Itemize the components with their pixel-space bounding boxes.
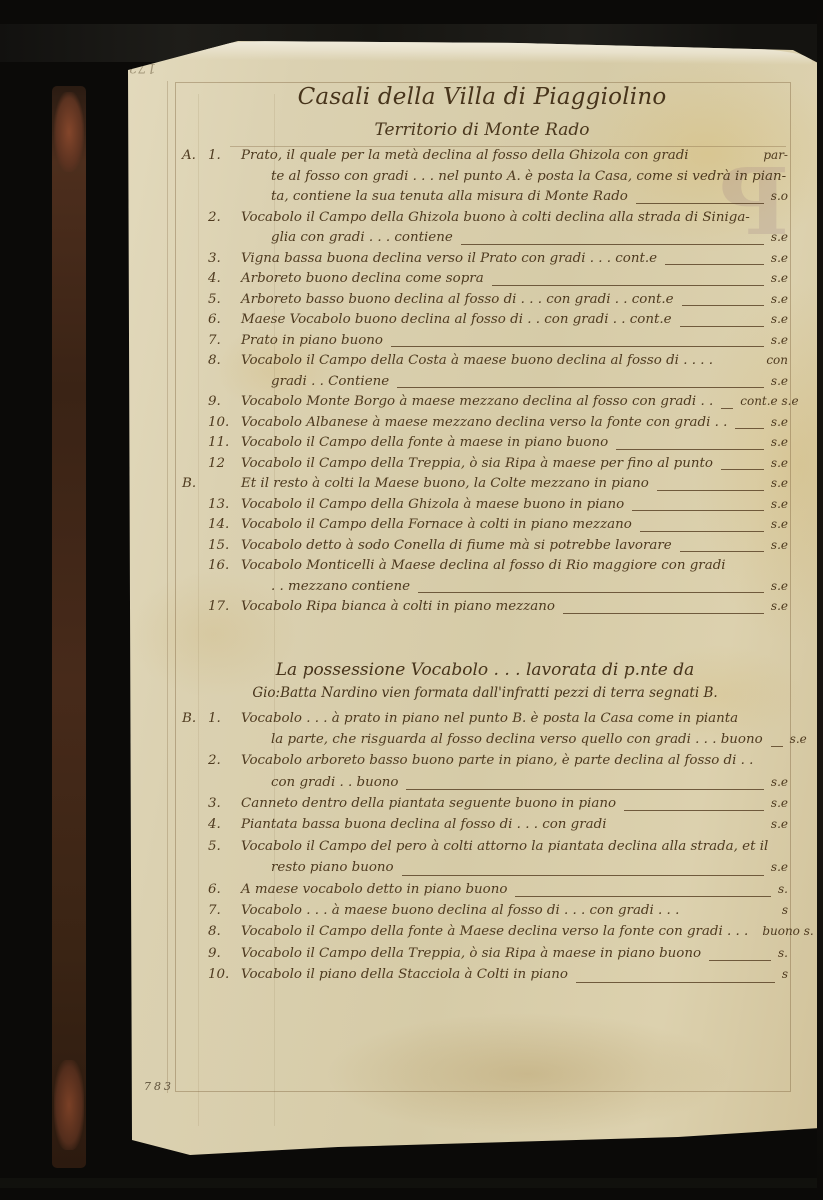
entry-body: Vocabolo il Campo del pero à colti attor… — [241, 839, 788, 882]
entry-amount: s.e — [769, 497, 788, 511]
entry-body: Arboreto buono declina come sopras.e — [241, 271, 788, 292]
entries-content: A.1.Prato, il quale per la metà declina … — [182, 148, 788, 989]
entry-amount: s — [780, 903, 788, 917]
entry-text: . . mezzano contiene — [271, 579, 410, 594]
ink-rule-line — [680, 551, 764, 552]
ink-rule-line — [616, 449, 764, 450]
entry-amount: s.o — [769, 189, 788, 203]
entry-text: Vigna bassa buona declina verso il Prato… — [241, 251, 657, 266]
entry-number: 11. — [208, 435, 241, 450]
entry-amount: s.e — [769, 374, 788, 388]
ink-rule-line — [402, 875, 764, 876]
entry-row: 6.A maese vocabolo detto in piano buonos… — [182, 882, 788, 903]
entry-line: Vocabolo . . . à prato in piano nel punt… — [241, 711, 788, 732]
entry-row: 14.Vocabolo il Campo della Fornace à col… — [182, 517, 788, 538]
entry-number: 9. — [208, 946, 241, 961]
entry-line: Vigna bassa buona declina verso il Prato… — [241, 251, 788, 272]
entry-row: 10.Vocabolo Albanese à maese mezzano dec… — [182, 415, 788, 436]
ink-rule-line — [563, 613, 764, 614]
entry-line: resto piano buonos.e — [241, 860, 788, 881]
entry-line: glia con gradi . . . contienes.e — [241, 230, 788, 251]
entry-text: Maese Vocabolo buono declina al fosso di… — [241, 312, 672, 327]
entry-amount: s.e — [769, 599, 788, 613]
entry-body: Vocabolo . . . à maese buono declina al … — [241, 903, 788, 924]
entry-line: la parte, che risguarda al fosso declina… — [241, 732, 788, 753]
entry-text: Arboreto buono declina come sopra — [241, 271, 484, 286]
entry-row: 6.Maese Vocabolo buono declina al fosso … — [182, 312, 788, 333]
photo-edge-shadow — [817, 0, 823, 1200]
entry-amount: buono s. — [760, 924, 813, 938]
entry-number: 10. — [208, 967, 241, 982]
folio-number: 783 — [144, 1080, 174, 1093]
entry-line: Prato in piano buonos.e — [241, 333, 788, 354]
entry-amount: s.e — [788, 732, 807, 746]
entry-amount: s.e — [769, 860, 788, 874]
entry-line: Vocabolo il Campo della Treppia, ò sia R… — [241, 946, 788, 967]
entry-row: 9.Vocabolo il Campo della Treppia, ò sia… — [182, 946, 788, 967]
entry-row: 16.Vocabolo Monticelli à Maese declina a… — [182, 558, 788, 599]
entry-body: Canneto dentro della piantata seguente b… — [241, 796, 788, 817]
stacked-page-edges — [77, 90, 135, 1162]
entry-row: 5.Vocabolo il Campo del pero à colti att… — [182, 839, 788, 882]
entry-line: Vocabolo il Campo della Fornace à colti … — [241, 517, 788, 538]
ink-rule-line — [640, 531, 764, 532]
entry-body: Vocabolo Monticelli à Maese declina al f… — [241, 558, 788, 599]
page-subtitle: Territorio di Monte Rado — [175, 120, 789, 140]
entry-line: Prato, il quale per la metà declina al f… — [241, 148, 788, 169]
entry-text: Vocabolo il Campo della Ghizola à maese … — [241, 497, 624, 512]
entry-row: 4.Piantata bassa buona declina al fosso … — [182, 817, 788, 838]
entry-amount: s. — [776, 946, 788, 960]
entry-text: Arboreto basso buono declina al fosso di… — [241, 292, 674, 307]
entry-amount: s.e — [769, 435, 788, 449]
entry-amount: s.e — [769, 817, 788, 831]
entry-text: Vocabolo il Campo della Treppia, ò sia R… — [241, 456, 713, 471]
entry-text: Vocabolo arboreto basso buono parte in p… — [241, 753, 753, 768]
entry-body: Vocabolo il Campo della Ghizola buono à … — [241, 210, 788, 251]
entry-text: Vocabolo . . . à maese buono declina al … — [241, 903, 679, 918]
entry-row: 10.Vocabolo il piano della Stacciola à C… — [182, 967, 788, 988]
entry-text: Vocabolo detto à sodo Conella di fiume m… — [241, 538, 672, 553]
ink-rule-line — [735, 428, 764, 429]
entry-body: Vocabolo il Campo della Fornace à colti … — [241, 517, 788, 538]
entry-number: 7. — [208, 903, 241, 918]
entry-number: 5. — [208, 839, 241, 854]
entry-text: gradi . . Contiene — [271, 374, 389, 389]
entry-amount: s. — [776, 882, 788, 896]
entry-section-letter: A. — [182, 148, 208, 163]
entry-line: Arboreto basso buono declina al fosso di… — [241, 292, 788, 313]
entry-row: 8.Vocabolo il Campo della Costa à maese … — [182, 353, 788, 394]
entry-amount: s.e — [769, 775, 788, 789]
entry-text: A maese vocabolo detto in piano buono — [241, 882, 507, 897]
entry-line: Piantata bassa buona declina al fosso di… — [241, 817, 788, 838]
entry-text: Vocabolo il Campo della Fornace à colti … — [241, 517, 632, 532]
entry-row: 17.Vocabolo Ripa bianca à colti in piano… — [182, 599, 788, 620]
ink-rule-line — [397, 387, 764, 388]
entry-body: Et il resto à colti la Maese buono, la C… — [241, 476, 788, 497]
entry-line: Vocabolo Albanese à maese mezzano declin… — [241, 415, 788, 436]
ink-rule-line — [418, 592, 764, 593]
entry-text: resto piano buono — [271, 860, 394, 875]
ink-rule-line — [576, 982, 775, 983]
entry-text: Vocabolo il Campo del pero à colti attor… — [241, 839, 768, 854]
entry-line: ta, contiene la sua tenuta alla misura d… — [241, 189, 788, 210]
entry-amount: s.e — [769, 517, 788, 531]
entry-body: Vocabolo Monte Borgo à maese mezzano dec… — [241, 394, 788, 415]
entry-text: Et il resto à colti la Maese buono, la C… — [241, 476, 649, 491]
entry-number: 3. — [208, 796, 241, 811]
entry-row: 3.Vigna bassa buona declina verso il Pra… — [182, 251, 788, 272]
entry-amount: s.e — [769, 579, 788, 593]
entry-number: 10. — [208, 415, 241, 430]
entry-number: 8. — [208, 924, 241, 939]
entry-line: Vocabolo il Campo del pero à colti attor… — [241, 839, 788, 860]
ink-rule-line — [636, 203, 764, 204]
entry-body: Vocabolo Ripa bianca à colti in piano me… — [241, 599, 788, 620]
entry-amount: s.e — [769, 796, 788, 810]
entry-body: Vocabolo il Campo della fonte à maese in… — [241, 435, 788, 456]
entry-amount: s.e — [769, 271, 788, 285]
entry-amount: s.e — [769, 476, 788, 490]
entry-amount: par- — [761, 148, 788, 162]
possession-heading: La possessione Vocabolo . . . lavorata d… — [182, 660, 788, 701]
entry-text: Piantata bassa buona declina al fosso di… — [241, 817, 606, 832]
entry-line: A maese vocabolo detto in piano buonos. — [241, 882, 788, 903]
entry-line: Vocabolo . . . à maese buono declina al … — [241, 903, 788, 924]
entry-amount: s.e — [769, 415, 788, 429]
entry-text: la parte, che risguarda al fosso declina… — [271, 732, 763, 747]
entry-number: 14. — [208, 517, 241, 532]
entry-body: Vigna bassa buona declina verso il Prato… — [241, 251, 788, 272]
entry-body: Vocabolo detto à sodo Conella di fiume m… — [241, 538, 788, 559]
entry-amount: cont.e s.e — [738, 394, 798, 408]
ink-rule-line — [682, 305, 764, 306]
entry-amount: s.e — [769, 456, 788, 470]
section-a-entries: A.1.Prato, il quale per la metà declina … — [182, 148, 788, 620]
entry-text: Vocabolo Monticelli à Maese declina al f… — [241, 558, 726, 573]
entry-amount: s.e — [769, 230, 788, 244]
entry-amount: s.e — [769, 312, 788, 326]
entry-row: B.Et il resto à colti la Maese buono, la… — [182, 476, 788, 497]
entry-line: Vocabolo detto à sodo Conella di fiume m… — [241, 538, 788, 559]
entry-amount: s.e — [769, 292, 788, 306]
entry-line: Vocabolo Ripa bianca à colti in piano me… — [241, 599, 788, 620]
entry-row: 2.Vocabolo arboreto basso buono parte in… — [182, 753, 788, 796]
entry-line: Vocabolo il Campo della fonte à maese in… — [241, 435, 788, 456]
entry-body: Prato, il quale per la metà declina al f… — [241, 148, 788, 210]
entry-number: 15. — [208, 538, 241, 553]
ink-rule-line — [665, 264, 764, 265]
entry-body: Vocabolo il Campo della Ghizola à maese … — [241, 497, 788, 518]
entry-text: Vocabolo il Campo della Treppia, ò sia R… — [241, 946, 701, 961]
entry-body: Vocabolo Albanese à maese mezzano declin… — [241, 415, 788, 436]
entry-text: glia con gradi . . . contiene — [271, 230, 453, 245]
entry-row: 3.Canneto dentro della piantata seguente… — [182, 796, 788, 817]
entry-line: Maese Vocabolo buono declina al fosso di… — [241, 312, 788, 333]
entry-body: Vocabolo arboreto basso buono parte in p… — [241, 753, 788, 796]
ink-rule-line — [771, 746, 783, 747]
entry-line: Vocabolo Monte Borgo à maese mezzano dec… — [241, 394, 788, 415]
entry-body: Vocabolo il Campo della Treppia, ò sia R… — [241, 456, 788, 477]
entry-amount: s.e — [769, 538, 788, 552]
entry-text: Vocabolo il Campo della Costa à maese bu… — [241, 353, 713, 368]
ink-rule-line — [657, 490, 764, 491]
entry-number: 1. — [208, 148, 241, 163]
entry-number: 4. — [208, 817, 241, 832]
entry-number: 2. — [208, 753, 241, 768]
entry-text: Prato, il quale per la metà declina al f… — [241, 148, 689, 163]
background-reflection — [0, 1178, 823, 1188]
entry-line: Vocabolo arboreto basso buono parte in p… — [241, 753, 788, 774]
entry-row: 11.Vocabolo il Campo della fonte à maese… — [182, 435, 788, 456]
entry-line: Vocabolo il Campo della Ghizola à maese … — [241, 497, 788, 518]
entry-number: 3. — [208, 251, 241, 266]
entry-body: Vocabolo il piano della Stacciola à Colt… — [241, 967, 788, 988]
entry-row: 8.Vocabolo il Campo della fonte à Maese … — [182, 924, 788, 945]
entry-line: gradi . . Contienes.e — [241, 374, 788, 395]
entry-section-letter: B. — [182, 476, 208, 491]
entry-text: Vocabolo il Campo della fonte à Maese de… — [241, 924, 748, 939]
entry-line: Et il resto à colti la Maese buono, la C… — [241, 476, 788, 497]
ink-rule-line — [624, 810, 764, 811]
entry-body: Maese Vocabolo buono declina al fosso di… — [241, 312, 788, 333]
entry-number: 1. — [208, 711, 241, 726]
entry-number: 17. — [208, 599, 241, 614]
entry-text: Vocabolo il Campo della Ghizola buono à … — [241, 210, 750, 225]
possession-heading-line1: La possessione Vocabolo . . . lavorata d… — [182, 660, 788, 680]
entry-line: con gradi . . buonos.e — [241, 775, 788, 796]
entry-line: Vocabolo il Campo della Treppia, ò sia R… — [241, 456, 788, 477]
ink-rule-line — [680, 326, 764, 327]
entry-line: Vocabolo il Campo della Ghizola buono à … — [241, 210, 788, 231]
entry-number: 16. — [208, 558, 241, 573]
entry-row: 7.Prato in piano buonos.e — [182, 333, 788, 354]
entry-row: 5.Arboreto basso buono declina al fosso … — [182, 292, 788, 313]
ink-rule-line — [515, 896, 771, 897]
ink-rule-line — [406, 789, 763, 790]
entry-body: Prato in piano buonos.e — [241, 333, 788, 354]
heading-rule-line — [230, 146, 786, 147]
entry-text: Vocabolo Monte Borgo à maese mezzano dec… — [241, 394, 713, 409]
ink-rule-line — [461, 244, 764, 245]
entry-row: 13.Vocabolo il Campo della Ghizola à mae… — [182, 497, 788, 518]
ink-rule-line — [632, 510, 764, 511]
entry-body: Piantata bassa buona declina al fosso di… — [241, 817, 788, 838]
entry-body: Vocabolo il Campo della Costa à maese bu… — [241, 353, 788, 394]
entry-line: Vocabolo Monticelli à Maese declina al f… — [241, 558, 788, 579]
entry-text: Canneto dentro della piantata seguente b… — [241, 796, 616, 811]
entry-text: Vocabolo . . . à prato in piano nel punt… — [241, 711, 738, 726]
entry-row: 7.Vocabolo . . . à maese buono declina a… — [182, 903, 788, 924]
entry-row: B.1.Vocabolo . . . à prato in piano nel … — [182, 711, 788, 754]
entry-body: Vocabolo il Campo della fonte à Maese de… — [241, 924, 788, 945]
entry-row: A.1.Prato, il quale per la metà declina … — [182, 148, 788, 210]
entry-line: Vocabolo il Campo della Costa à maese bu… — [241, 353, 788, 374]
entry-text: Vocabolo Albanese à maese mezzano declin… — [241, 415, 727, 430]
entry-number: 6. — [208, 882, 241, 897]
entry-line: Canneto dentro della piantata seguente b… — [241, 796, 788, 817]
ink-rule-line — [709, 960, 771, 961]
entry-body: A maese vocabolo detto in piano buonos. — [241, 882, 788, 903]
entry-number: 5. — [208, 292, 241, 307]
entry-text: Vocabolo il piano della Stacciola à Colt… — [241, 967, 568, 982]
entry-number: 9. — [208, 394, 241, 409]
entry-number: 13. — [208, 497, 241, 512]
ink-rule-line — [721, 469, 764, 470]
entry-line: Vocabolo il Campo della fonte à Maese de… — [241, 924, 788, 945]
entry-amount: s.e — [769, 333, 788, 347]
entry-text: Vocabolo il Campo della fonte à maese in… — [241, 435, 608, 450]
ink-rule-line — [391, 346, 764, 347]
entry-number: 7. — [208, 333, 241, 348]
entry-row: 2.Vocabolo il Campo della Ghizola buono … — [182, 210, 788, 251]
entry-number: 8. — [208, 353, 241, 368]
entry-body: Vocabolo . . . à prato in piano nel punt… — [241, 711, 788, 754]
entry-row: 15.Vocabolo detto à sodo Conella di fium… — [182, 538, 788, 559]
entry-text: te al fosso con gradi . . . nel punto A.… — [271, 169, 786, 184]
ghost-folio-number: 172 — [128, 60, 156, 75]
possession-heading-line2: Gio:Batta Nardino vien formata dall'infr… — [182, 685, 788, 701]
entry-number: 2. — [208, 210, 241, 225]
page-title: Casali della Villa di Piaggiolino — [175, 84, 789, 110]
entry-amount: s.e — [769, 251, 788, 265]
entry-row: 9.Vocabolo Monte Borgo à maese mezzano d… — [182, 394, 788, 415]
entry-number: 6. — [208, 312, 241, 327]
entry-line: te al fosso con gradi . . . nel punto A.… — [241, 169, 788, 190]
entry-number: 12 — [208, 456, 241, 471]
entry-line: . . mezzano contienes.e — [241, 579, 788, 600]
entry-amount: s — [780, 967, 788, 981]
entry-text: Prato in piano buono — [241, 333, 383, 348]
entry-line: Arboreto buono declina come sopras.e — [241, 271, 788, 292]
entry-amount: con — [764, 353, 788, 367]
entry-row: 4.Arboreto buono declina come sopras.e — [182, 271, 788, 292]
entry-row: 12Vocabolo il Campo della Treppia, ò sia… — [182, 456, 788, 477]
entry-section-letter: B. — [182, 711, 208, 726]
manuscript-page: 172 P Casali della Villa di Piaggiolino … — [98, 34, 820, 1166]
entry-number: 4. — [208, 271, 241, 286]
book-photo: 172 P Casali della Villa di Piaggiolino … — [0, 0, 823, 1200]
section-b-entries: B.1.Vocabolo . . . à prato in piano nel … — [182, 711, 788, 989]
entry-line: Vocabolo il piano della Stacciola à Colt… — [241, 967, 788, 988]
entry-body: Arboreto basso buono declina al fosso di… — [241, 292, 788, 313]
ink-rule-line — [721, 408, 733, 409]
entry-text: ta, contiene la sua tenuta alla misura d… — [271, 189, 628, 204]
ink-rule-line — [492, 285, 764, 286]
entry-text: Vocabolo Ripa bianca à colti in piano me… — [241, 599, 555, 614]
entry-text: con gradi . . buono — [271, 775, 398, 790]
entry-body: Vocabolo il Campo della Treppia, ò sia R… — [241, 946, 788, 967]
